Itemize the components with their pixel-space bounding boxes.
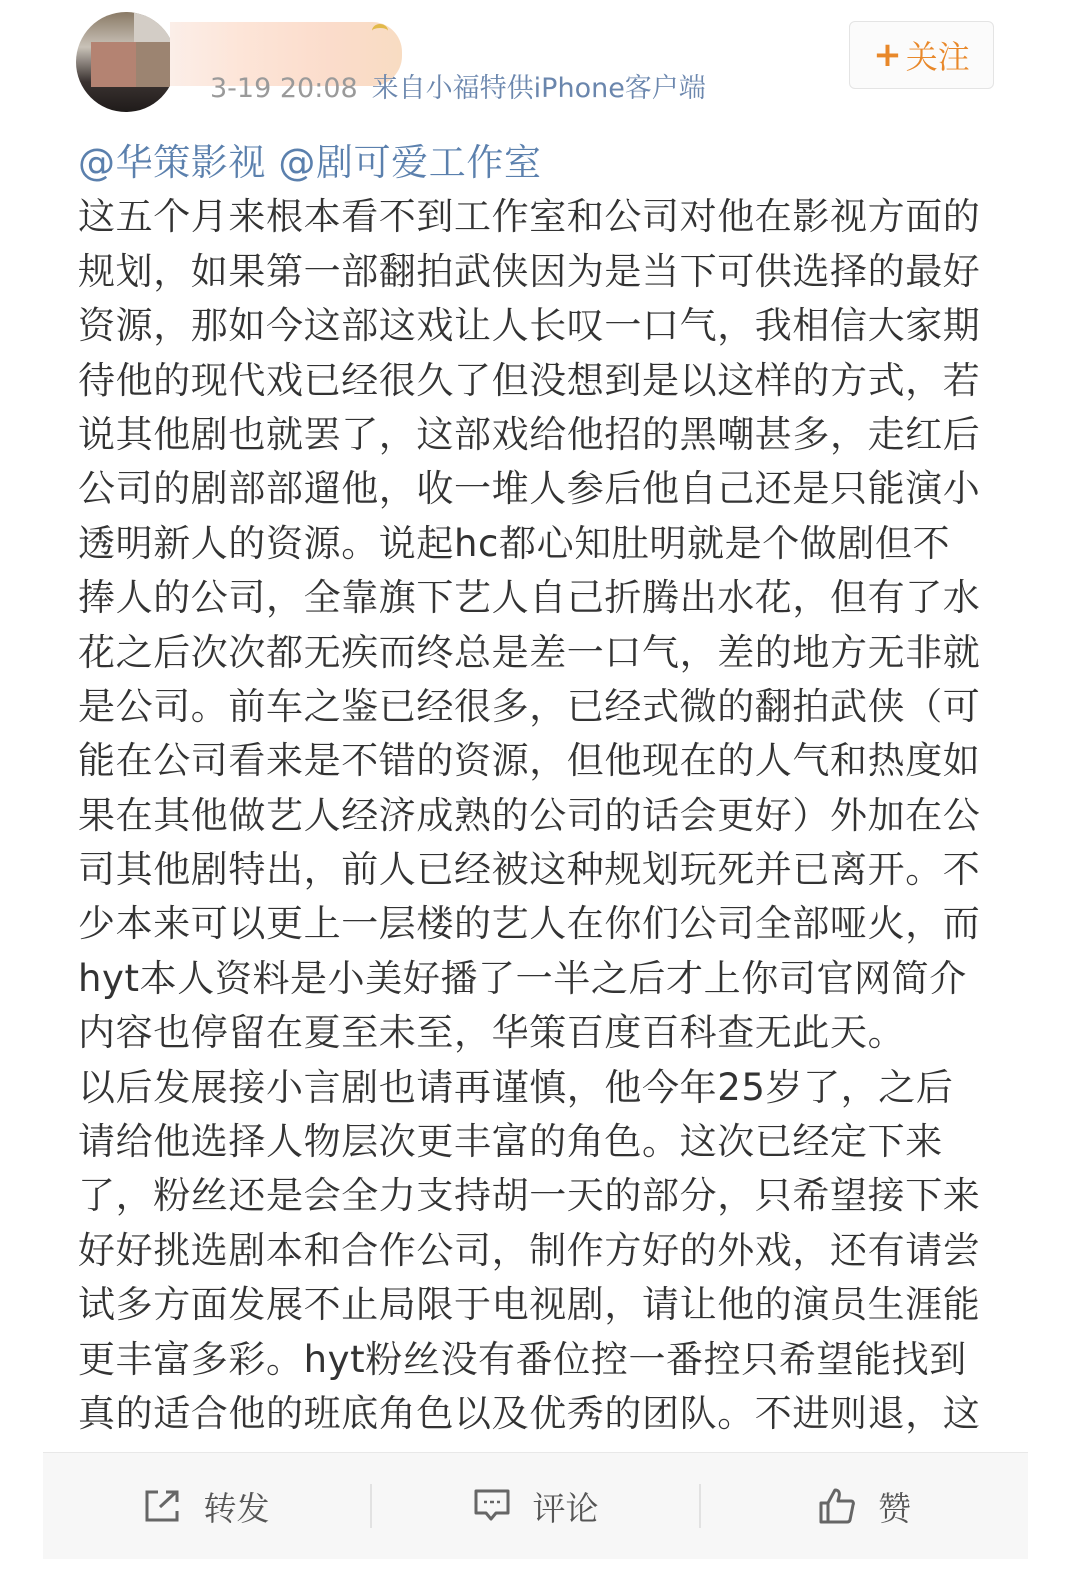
post-text-line: hyt本人资料是小美好播了一半之后才上你司官网简介: [78, 952, 998, 1006]
post-text-line: 能在公司看来是不错的资源，但他现在的人气和热度如: [78, 734, 998, 788]
plus-icon: +: [873, 35, 902, 75]
vip-badge-icon: [372, 24, 388, 38]
comment-icon: [473, 1488, 511, 1524]
post-text-line: 果在其他做艺人经济成熟的公司的话会更好）外加在公: [78, 789, 998, 843]
post-header: 3-19 20:08来自小福特供iPhone客户端 + 关注: [0, 0, 1080, 130]
post-text-line: 透明新人的资源。说起hc都心知肚明就是个做剧但不: [78, 517, 998, 571]
post-text-line: 是公司。前车之鉴已经很多，已经式微的翻拍武侠（可: [78, 680, 998, 734]
repost-label: 转发: [204, 1483, 270, 1530]
post-text-line: 说其他剧也就罢了，这部戏给他招的黑嘲甚多，走红后: [78, 408, 998, 462]
post-meta: 3-19 20:08来自小福特供iPhone客户端: [210, 72, 706, 106]
post-text-line: 司其他剧特出，前人已经被这种规划玩死并已离开。不: [78, 843, 998, 897]
post-timestamp: 3-19 20:08: [210, 73, 358, 104]
post-text-line: 以后发展接小言剧也请再谨慎，他今年25岁了，之后: [78, 1061, 998, 1115]
mention-link[interactable]: @剧可爱工作室: [278, 141, 541, 184]
post-text-line: 请给他选择人物层次更丰富的角色。这次已经定下来: [78, 1115, 998, 1169]
post-text-line: 了，粉丝还是会全力支持胡一天的部分，只希望接下来: [78, 1169, 998, 1223]
post-source[interactable]: 来自小福特供iPhone客户端: [372, 73, 706, 104]
post-text-line: 花之后次次都无疾而终总是差一口气，差的地方无非就: [78, 626, 998, 680]
like-button[interactable]: 赞: [701, 1453, 1028, 1559]
follow-button[interactable]: + 关注: [849, 21, 994, 89]
comment-button[interactable]: 评论: [372, 1453, 699, 1559]
post-text-line: 少本来可以更上一层楼的艺人在你们公司全部哑火，而: [78, 897, 998, 951]
repost-button[interactable]: 转发: [43, 1453, 370, 1559]
post-body: @华策影视 @剧可爱工作室 这五个月来根本看不到工作室和公司对他在影视方面的 规…: [78, 136, 998, 1441]
like-label: 赞: [878, 1483, 911, 1530]
avatar[interactable]: [76, 12, 176, 112]
mention-line: @华策影视 @剧可爱工作室: [78, 136, 998, 190]
mention-link[interactable]: @华策影视: [78, 141, 266, 184]
comment-label: 评论: [533, 1483, 599, 1530]
action-bar: 转发 评论 赞: [43, 1452, 1028, 1559]
post-text-line: 真的适合他的班底角色以及优秀的团队。不进则退，这: [78, 1387, 998, 1441]
post-text-line: 资源，那如今这部这戏让人长叹一口气，我相信大家期: [78, 299, 998, 353]
post-text-line: 试多方面发展不止局限于电视剧，请让他的演员生涯能: [78, 1278, 998, 1332]
post-text-line: 待他的现代戏已经很久了但没想到是以这样的方式，若: [78, 354, 998, 408]
post-text-line: 规划，如果第一部翻拍武侠因为是当下可供选择的最好: [78, 245, 998, 299]
post-text-line: 这五个月来根本看不到工作室和公司对他在影视方面的: [78, 190, 998, 244]
post-text-line: 更丰富多彩。hyt粉丝没有番位控一番控只希望能找到: [78, 1333, 998, 1387]
avatar-pixelation: [91, 42, 137, 87]
thumbs-up-icon: [818, 1487, 856, 1525]
share-icon: [144, 1489, 182, 1523]
post-text-line: 好好挑选剧本和合作公司，制作方好的外戏，还有请尝: [78, 1224, 998, 1278]
follow-label: 关注: [906, 32, 970, 78]
post-text-line: 捧人的公司，全靠旗下艺人自己折腾出水花，但有了水: [78, 571, 998, 625]
post-text-line: 公司的剧部部遛他，收一堆人参后他自己还是只能演小: [78, 462, 998, 516]
post-text-line: 内容也停留在夏至未至，华策百度百科查无此天。: [78, 1006, 998, 1060]
